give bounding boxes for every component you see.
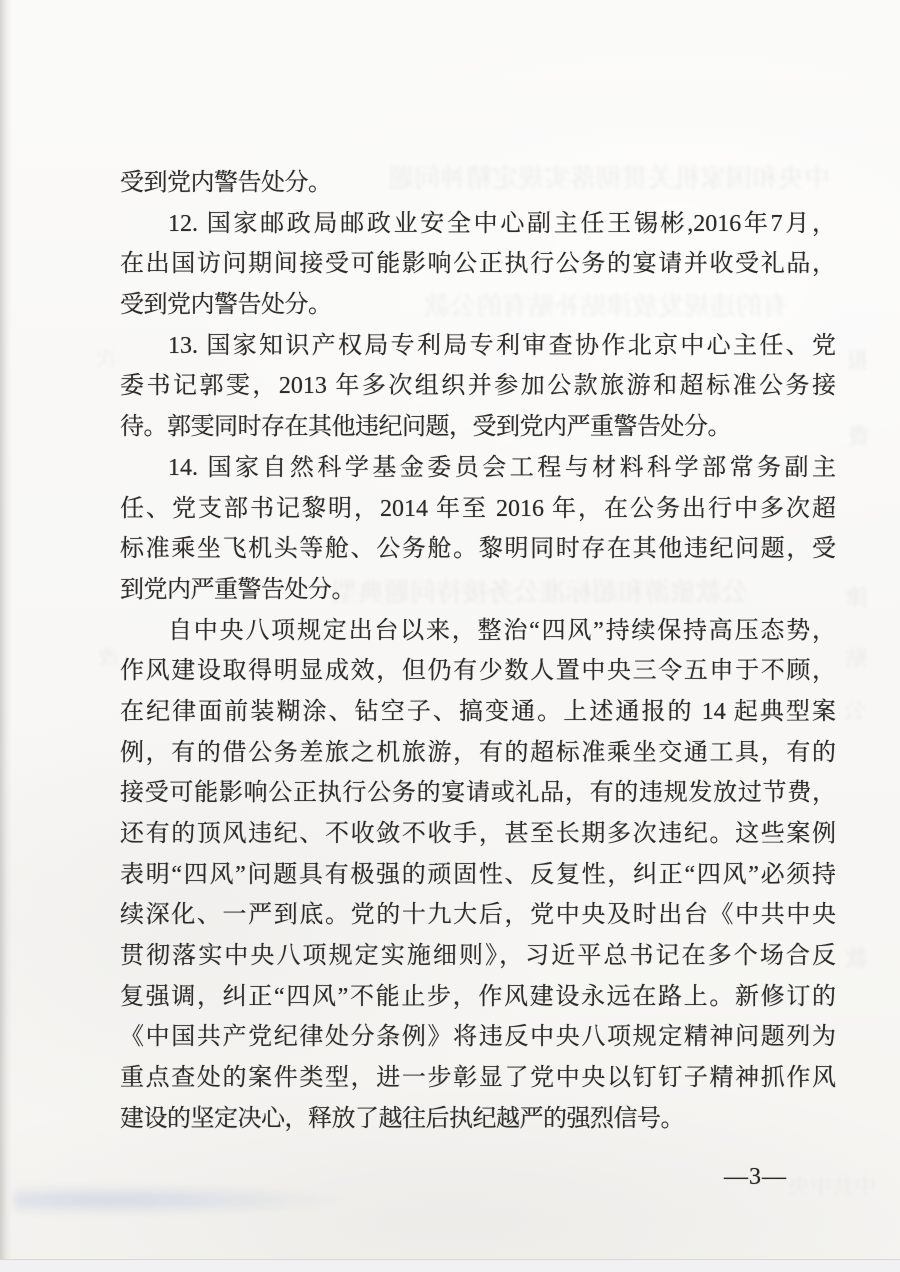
bleedthrough-text: 款 xyxy=(846,948,868,970)
text-line: 还有的顶风违纪、不收敛不收手，甚至长期多次违纪。这些案例 xyxy=(120,814,836,855)
text-line: 续深化、一严到底。党的十九大后，党中央及时出台《中共中央 xyxy=(120,895,836,936)
bleedthrough-text: 次 xyxy=(96,350,116,370)
text-line: 自中央八项规定出台以来，整治“四风”持续保持高压态势， xyxy=(120,611,836,652)
text-line: 贯彻落实中央八项规定实施细则》，习近平总书记在多个场合反 xyxy=(120,936,836,977)
text-line: 在出国访问期间接受可能影响公正执行公务的宴请并收受礼品， xyxy=(120,244,836,285)
text-line: 12. 国家邮政局邮政业安全中心副主任王锡彬,2016年7月， xyxy=(120,204,836,245)
text-line: 建设的坚定决心，释放了越往后执纪越严的强烈信号。 xyxy=(120,1099,836,1140)
bleedthrough-text: 费 xyxy=(848,426,870,448)
text-line: 任、党支部书记黎明，2014 年至 2016 年，在公务出行中多次超 xyxy=(120,489,836,530)
document-text-block: 受到党内警告处分。12. 国家邮政局邮政业安全中心副主任王锡彬,2016年7月，… xyxy=(120,163,836,1140)
text-line: 委书记郭雯，2013 年多次组织并参加公款旅游和超标准公务接 xyxy=(120,366,836,407)
text-line: 在纪律面前装糊涂、钻空子、搞变通。上述通报的 14 起典型案 xyxy=(120,692,836,733)
bleedthrough-text: 改 xyxy=(98,648,118,668)
text-line: 例，有的借公务差旅之机旅游，有的超标准乘坐交通工具，有的 xyxy=(120,733,836,774)
text-line: 标准乘坐飞机头等舱、公务舱。黎明同时存在其他违纪问题，受 xyxy=(120,529,836,570)
text-line: 接受可能影响公正执行公务的宴请或礼品，有的违规发放过节费， xyxy=(120,773,836,814)
bleedthrough-text: 津 xyxy=(846,588,868,610)
page-number: —3— xyxy=(724,1164,814,1191)
text-line: 受到党内警告处分。 xyxy=(120,285,836,326)
text-line: 待。郭雯同时存在其他违纪问题，受到党内严重警告处分。 xyxy=(120,407,836,448)
text-line: 重点查处的案件类型，进一步彰显了党中央以钉钉子精神抓作风 xyxy=(120,1058,836,1099)
text-line: 13. 国家知识产权局专利局专利审查协作北京中心主任、党 xyxy=(120,326,836,367)
text-line: 《中国共产党纪律处分条例》将违反中央八项规定精神问题列为 xyxy=(120,1017,836,1058)
ink-smudge xyxy=(14,1184,344,1216)
scanner-edge-left xyxy=(0,0,12,1272)
bleedthrough-text: 公 xyxy=(844,700,866,722)
bleedthrough-text: 贴 xyxy=(845,648,867,670)
bleedthrough-text: 报 xyxy=(846,350,868,372)
text-line: 受到党内警告处分。 xyxy=(120,163,836,204)
scanned-page: 中央和国家机关贯彻落实规定精神问题有的违规发放津贴补贴有的公款公款旅游和超标准公… xyxy=(0,0,900,1272)
text-line: 到党内严重警告处分。 xyxy=(120,570,836,611)
scanner-edge-bottom xyxy=(0,1259,900,1272)
text-line: 作风建设取得明显成效，但仍有少数人置中央三令五申于不顾， xyxy=(120,651,836,692)
text-line: 14. 国家自然科学基金委员会工程与材料科学部常务副主 xyxy=(120,448,836,489)
text-line: 表明“四风”问题具有极强的顽固性、反复性，纠正“四风”必须持 xyxy=(120,855,836,896)
text-line: 复强调，纠正“四风”不能止步，作风建设永远在路上。新修订的 xyxy=(120,977,836,1018)
